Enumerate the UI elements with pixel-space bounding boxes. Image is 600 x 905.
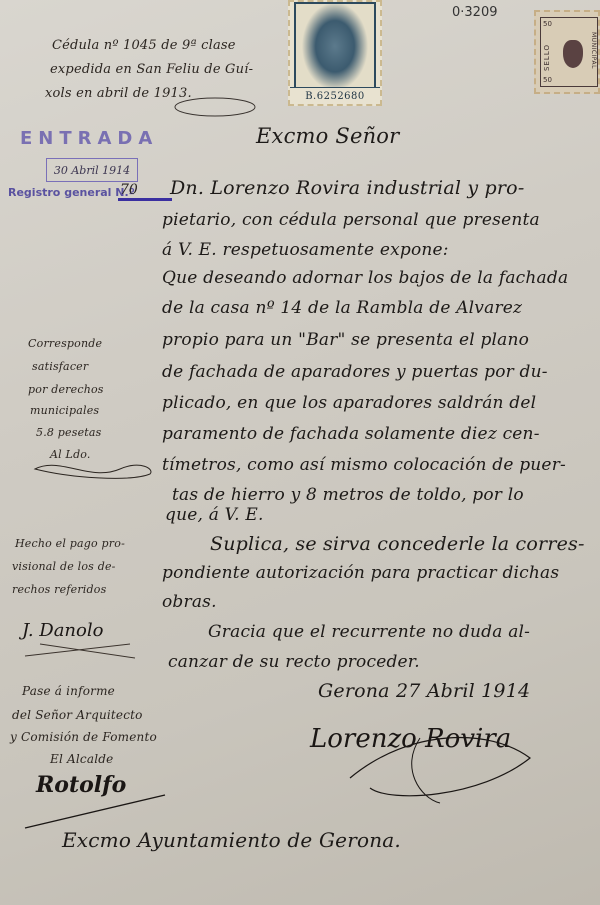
fees-note-line-2: satisfacer [32, 360, 88, 373]
referral-note-line-4: El Alcalde [50, 752, 113, 766]
fees-note-line-1: Corresponde [28, 337, 102, 350]
fiscal-stamp: B.6252680 [288, 0, 382, 106]
folio-number: 0·3209 [452, 5, 498, 20]
body-line-11: tas de hierro y 8 metros de toldo, por l… [172, 485, 524, 505]
body-line-14: pondiente autorización para practicar di… [162, 563, 559, 583]
body-line-7: de fachada de aparadores y puertas por d… [162, 362, 548, 382]
municipal-stamp-sello: SELLO [543, 44, 551, 71]
body-line-5: de la casa nº 14 de la Rambla de Alvarez [162, 298, 522, 318]
body-line-9: paramento de fachada solamente diez cen- [162, 424, 540, 444]
fees-note-line-3: por derechos [28, 383, 104, 396]
flourish-decoration [170, 92, 260, 122]
body-line-2: pietario, con cédula personal que presen… [162, 210, 540, 230]
body-line-12: que, á V. E. [165, 505, 264, 525]
referral-note-line-2: del Señor Arquitecto [12, 708, 143, 722]
body-line-15: obras. [162, 592, 217, 612]
referral-note-line-3: y Comisión de Fomento [10, 730, 157, 744]
document-page: Cédula nº 1045 de 9ª clase expedida en S… [0, 0, 600, 905]
body-line-1: Dn. Lorenzo Rovira industrial y pro- [170, 177, 524, 199]
body-line-17: canzar de su recto proceder. [168, 652, 420, 672]
payment-note-line-1: Hecho el pago pro- [15, 537, 125, 550]
body-line-16: Gracia que el recurrente no duda al- [208, 622, 530, 642]
body-line-10: tímetros, como así mismo colocación de p… [162, 455, 566, 475]
registro-number: 70 [120, 182, 138, 198]
body-line-6: propio para un "Bar" se presenta el plan… [162, 330, 529, 350]
body-line-3: á V. E. respetuosamente expone: [162, 240, 449, 260]
fees-note-line-4: municipales [30, 404, 99, 417]
municipal-stamp: 50 SELLO MUNICIPAL 50 [534, 10, 600, 94]
body-line-4: Que deseando adornar los bajos de la fac… [162, 268, 568, 288]
fees-note-line-5: 5.8 pesetas [36, 426, 102, 439]
body-line-8: plicado, en que los aparadores saldrán d… [162, 393, 536, 413]
payment-note-line-2: visional de los de- [12, 560, 116, 573]
payment-flourish [20, 638, 140, 662]
payment-note-line-3: rechos referidos [12, 583, 106, 596]
referral-note-line-1: Pase á informe [22, 684, 115, 698]
municipal-stamp-value-top: 50 [543, 20, 552, 28]
place-date: Gerona 27 Abril 1914 [318, 680, 530, 702]
cedula-note-line-1: Cédula nº 1045 de 9ª clase [52, 38, 236, 53]
fees-flourish [30, 456, 160, 482]
entrada-stamp: ENTRADA [20, 128, 158, 149]
registro-underline [118, 198, 172, 201]
allegory-figure-icon [294, 2, 376, 100]
signature-flourish [330, 718, 550, 808]
municipal-stamp-value-bottom: 50 [543, 76, 552, 84]
municipal-stamp-municipal: MUNICIPAL [590, 32, 597, 69]
body-line-13-suplica: Suplica, se sirva concederle la corres- [210, 533, 585, 555]
cedula-note-line-2: expedida en San Feliu de Guí- [50, 62, 253, 77]
addressee: Excmo Ayuntamiento de Gerona. [62, 828, 401, 852]
entrada-date-stamp: 30 Abril 1914 [46, 158, 138, 182]
registro-general-stamp: Registro general N.º [8, 186, 135, 199]
coat-of-arms-icon [563, 40, 583, 68]
salutation: Excmo Señor [256, 124, 399, 148]
fiscal-stamp-serial: B.6252680 [290, 87, 380, 104]
referral-flourish [20, 790, 170, 830]
